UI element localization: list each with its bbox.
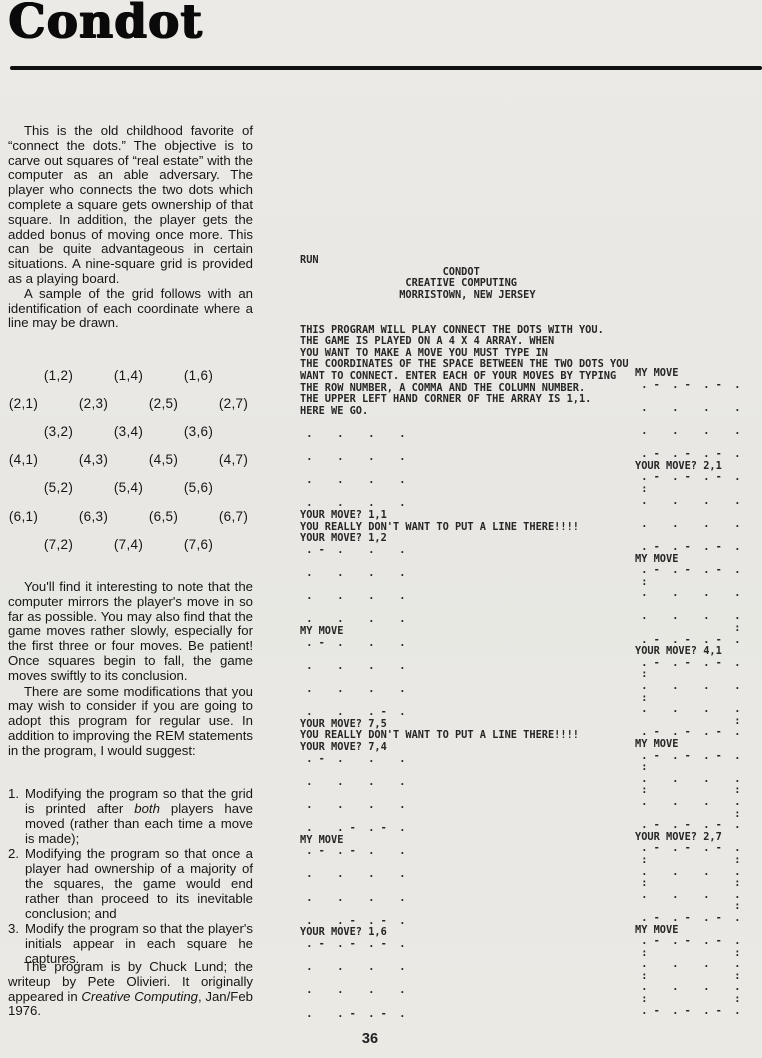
paragraph-discussion-2: There are some modifications that you ma… xyxy=(8,685,253,759)
coordinate-label: (4,5) xyxy=(146,446,181,474)
magazine-page: Condot This is the old childhood favorit… xyxy=(0,0,762,1058)
coordinate-label: (6,1) xyxy=(6,502,41,530)
paragraph-intro-1: This is the old childhood favorite of “c… xyxy=(8,124,253,287)
list-item-number: 1. xyxy=(8,786,19,801)
coordinate-label: (5,2) xyxy=(41,474,76,502)
modification-list: 1.Modifying the program so that the grid… xyxy=(8,786,253,966)
list-item-number: 3. xyxy=(8,921,19,936)
masthead-rule xyxy=(10,66,762,70)
coordinate-label: (1,6) xyxy=(181,361,216,389)
coordinate-label: (5,6) xyxy=(181,474,216,502)
coordinate-label: (6,7) xyxy=(216,502,251,530)
coordinate-label: (7,2) xyxy=(41,530,76,558)
italic-text: both xyxy=(134,801,160,816)
coordinate-sample-grid: (1,2)(1,4)(1,6)(2,1)(2,3)(2,5)(2,7)(3,2)… xyxy=(6,361,251,558)
paragraph-discussion-1: You'll find it interesting to note that … xyxy=(8,580,253,684)
coordinate-label: (2,5) xyxy=(146,389,181,417)
terminal-output-right-column: MY MOVE . - . - . - . . . . . . . . . . … xyxy=(635,368,740,1017)
terminal-output-middle-column: RUN CONDOT CREATIVE COMPUTING MORRISTOWN… xyxy=(300,255,629,1020)
discussion-paragraphs: You'll find it interesting to note that … xyxy=(8,580,253,760)
coordinate-label: (2,7) xyxy=(216,389,251,417)
list-item-number: 2. xyxy=(8,846,19,861)
coordinate-label: (3,4) xyxy=(111,417,146,445)
coordinate-label: (2,1) xyxy=(6,389,41,417)
coordinate-label: (4,1) xyxy=(6,446,41,474)
modification-list-item: 1.Modifying the program so that the grid… xyxy=(8,786,253,846)
italic-text: Creative Computing xyxy=(81,989,198,1004)
page-number: 36 xyxy=(340,1031,400,1047)
coordinate-label: (3,2) xyxy=(41,417,76,445)
paragraph-intro-2: A sample of the grid follows with an ide… xyxy=(8,287,253,331)
modification-list-item: 2.Modifying the program so that once a p… xyxy=(8,846,253,921)
coordinate-label: (3,6) xyxy=(181,417,216,445)
coordinate-label: (1,4) xyxy=(111,361,146,389)
closing-paragraph-text: The program is by Chuck Lund; the writeu… xyxy=(8,960,253,1019)
intro-paragraphs: This is the old childhood favorite of “c… xyxy=(8,124,253,331)
coordinate-label: (7,4) xyxy=(111,530,146,558)
closing-paragraph: The program is by Chuck Lund; the writeu… xyxy=(8,960,253,1019)
coordinate-label: (7,6) xyxy=(181,530,216,558)
coordinate-label: (1,2) xyxy=(41,361,76,389)
coordinate-label: (6,5) xyxy=(146,502,181,530)
coordinate-label: (4,7) xyxy=(216,446,251,474)
coordinate-label: (2,3) xyxy=(76,389,111,417)
coordinate-label: (6,3) xyxy=(76,502,111,530)
page-title: Condot xyxy=(8,0,203,48)
coordinate-label: (4,3) xyxy=(76,446,111,474)
coordinate-label: (5,4) xyxy=(111,474,146,502)
text-segment: Modifying the program so that once a pla… xyxy=(25,846,253,921)
